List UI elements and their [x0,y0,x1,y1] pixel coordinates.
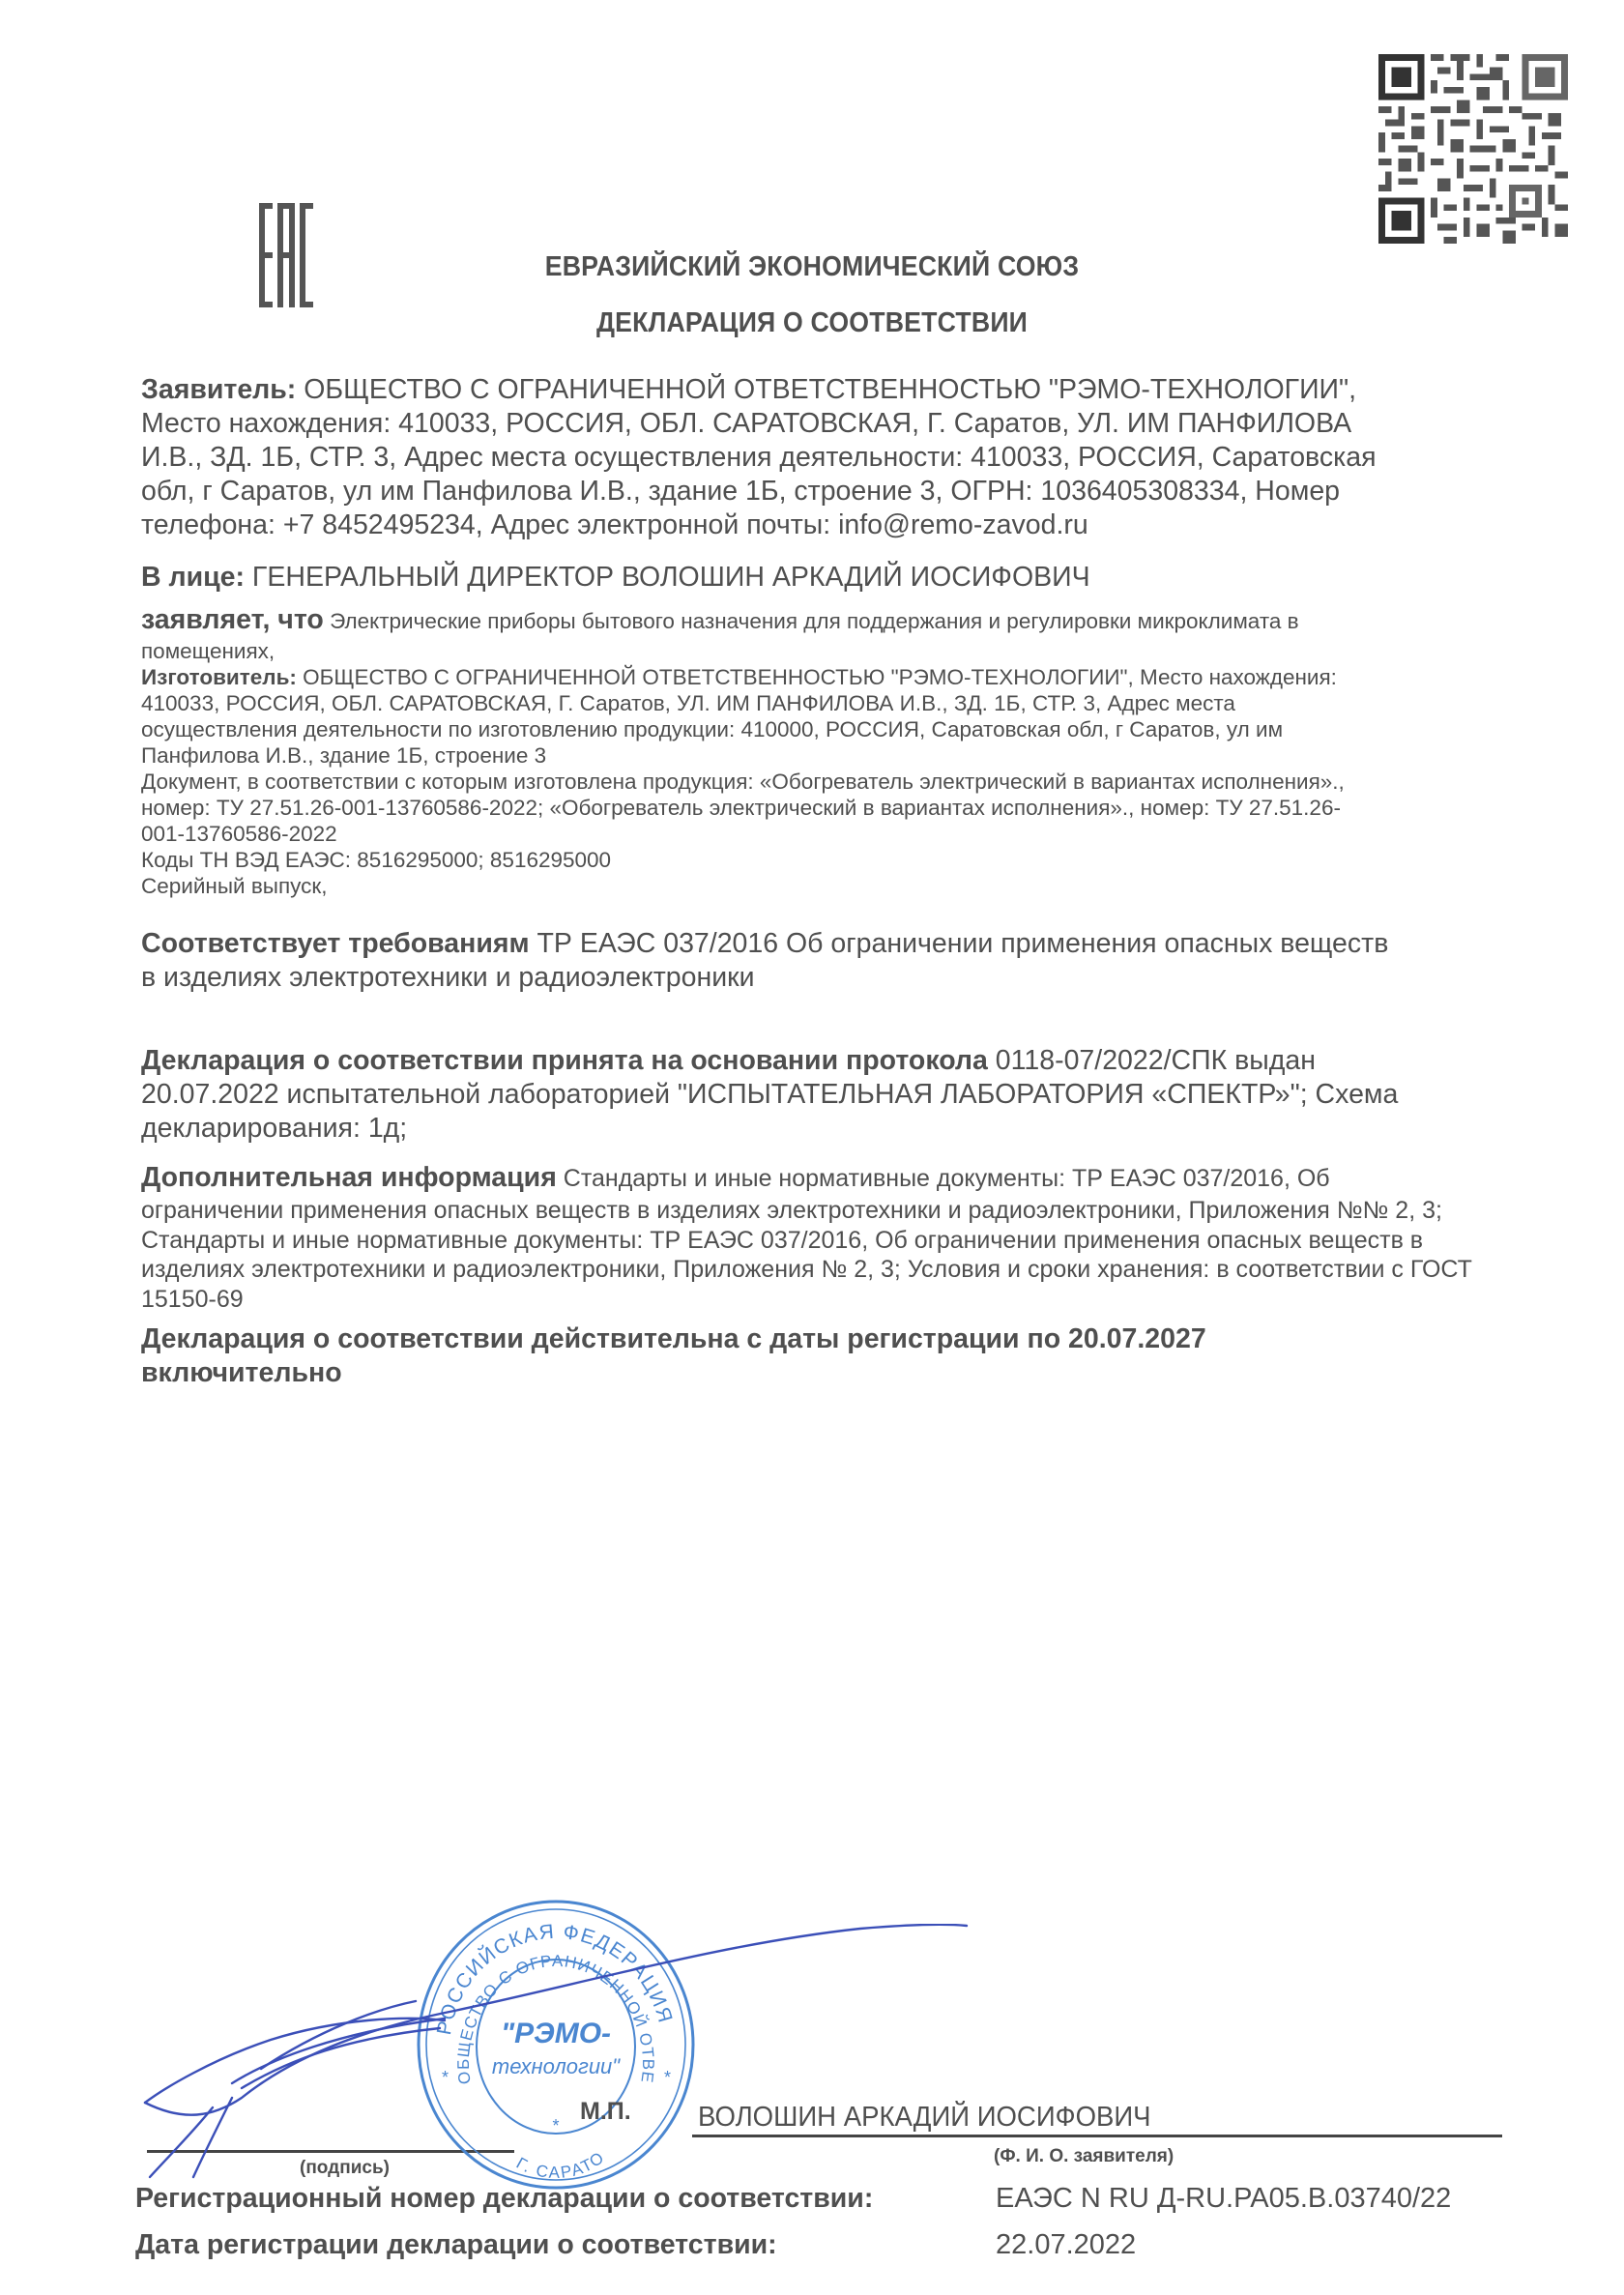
declares-label: заявляет, что [141,604,324,635]
basis-line: 0118-07/2022/СПК выдан [988,1045,1316,1076]
registration-date-label: Дата регистрации декларации о соответств… [135,2229,777,2261]
product-description: Электрические приборы бытового назначени… [324,609,1299,633]
representative-section: В лице: ГЕНЕРАЛЬНЫЙ ДИРЕКТОР ВОЛОШИН АРК… [141,561,1514,595]
additional-info-label: Дополнительная информация [141,1162,557,1193]
document-title: ДЕКЛАРАЦИЯ О СООТВЕТСТВИИ [65,307,1559,339]
representative-value: ГЕНЕРАЛЬНЫЙ ДИРЕКТОР ВОЛОШИН АРКАДИЙ ИОС… [245,562,1090,593]
manufacturer-line: Панфилова И.В., здание 1Б, строение 3 [141,742,1514,769]
basis-line: декларирования: 1д; [141,1112,1514,1146]
applicant-line: И.В., ЗД. 1Б, СТР. 3, Адрес места осущес… [141,441,1514,475]
document-line: 001-13760586-2022 [141,821,1514,847]
additional-info-line: ограничении применения опасных веществ в… [141,1196,1514,1226]
manufacturer-label: Изготовитель: [141,665,297,689]
basis-section: Декларация о соответствии принята на осн… [141,1044,1514,1146]
declaration-section: заявляет, что Электрические приборы быто… [141,603,1514,899]
seal-mark: М.П. [580,2098,631,2126]
applicant-line: ОБЩЕСТВО С ОГРАНИЧЕННОЙ ОТВЕТСТВЕННОСТЬЮ… [296,374,1356,405]
applicant-line: Место нахождения: 410033, РОССИЯ, ОБЛ. С… [141,407,1514,441]
validity-section: Декларация о соответствии действительна … [141,1322,1514,1390]
validity-line: Декларация о соответствии действительна … [141,1322,1514,1356]
applicant-section: Заявитель: ОБЩЕСТВО С ОГРАНИЧЕННОЙ ОТВЕТ… [141,373,1514,542]
additional-info-line: Стандарты и иные нормативные документы: … [141,1226,1514,1256]
additional-info-line: 15150-69 [141,1285,1514,1315]
hs-codes: Коды ТН ВЭД ЕАЭС: 8516295000; 8516295000 [141,847,1514,873]
manufacturer-line: осуществления деятельности по изготовлен… [141,716,1514,742]
compliance-label: Соответствует требованиям [141,928,530,959]
basis-label: Декларация о соответствии принята на осн… [141,1045,988,1076]
basis-line: 20.07.2022 испытательной лабораторией "И… [141,1078,1514,1112]
compliance-line: ТР ЕАЭС 037/2016 Об ограничении применен… [530,928,1389,959]
registration-number-value: ЕАЭС N RU Д-RU.PA05.B.03740/22 [996,2183,1451,2215]
additional-info-section: Дополнительная информация Стандарты и ин… [141,1160,1514,1314]
registration-date-value: 22.07.2022 [996,2229,1136,2261]
applicant-line: обл, г Саратов, ул им Панфилова И.В., зд… [141,475,1514,508]
compliance-line: в изделиях электротехники и радиоэлектро… [141,961,1514,995]
document-line: Документ, в соответствии с которым изгот… [141,769,1514,795]
applicant-line: телефона: +7 8452495234, Адрес электронн… [141,508,1514,542]
compliance-section: Соответствует требованиям ТР ЕАЭС 037/20… [141,927,1514,995]
manufacturer-line: 410033, РОССИЯ, ОБЛ. САРАТОВСКАЯ, Г. Сар… [141,690,1514,716]
product-description: помещениях, [141,638,1514,664]
release-type: Серийный выпуск, [141,873,1514,899]
document-line: номер: ТУ 27.51.26-001-13760586-2022; «О… [141,795,1514,821]
manufacturer-line: ОБЩЕСТВО С ОГРАНИЧЕННОЙ ОТВЕТСТВЕННОСТЬЮ… [297,665,1337,689]
additional-info-line: изделиях электротехники и радиоэлектрони… [141,1255,1514,1285]
applicant-label: Заявитель: [141,374,296,405]
registration-number-label: Регистрационный номер декларации о соотв… [135,2183,873,2215]
union-heading: ЕВРАЗИЙСКИЙ ЭКОНОМИЧЕСКИЙ СОЮЗ [65,251,1559,283]
qr-code-icon [1378,54,1568,244]
signature-icon [126,1924,1092,2185]
additional-info-line: Стандарты и иные нормативные документы: … [557,1165,1330,1192]
validity-line: включительно [141,1356,1514,1390]
representative-label: В лице: [141,562,245,593]
